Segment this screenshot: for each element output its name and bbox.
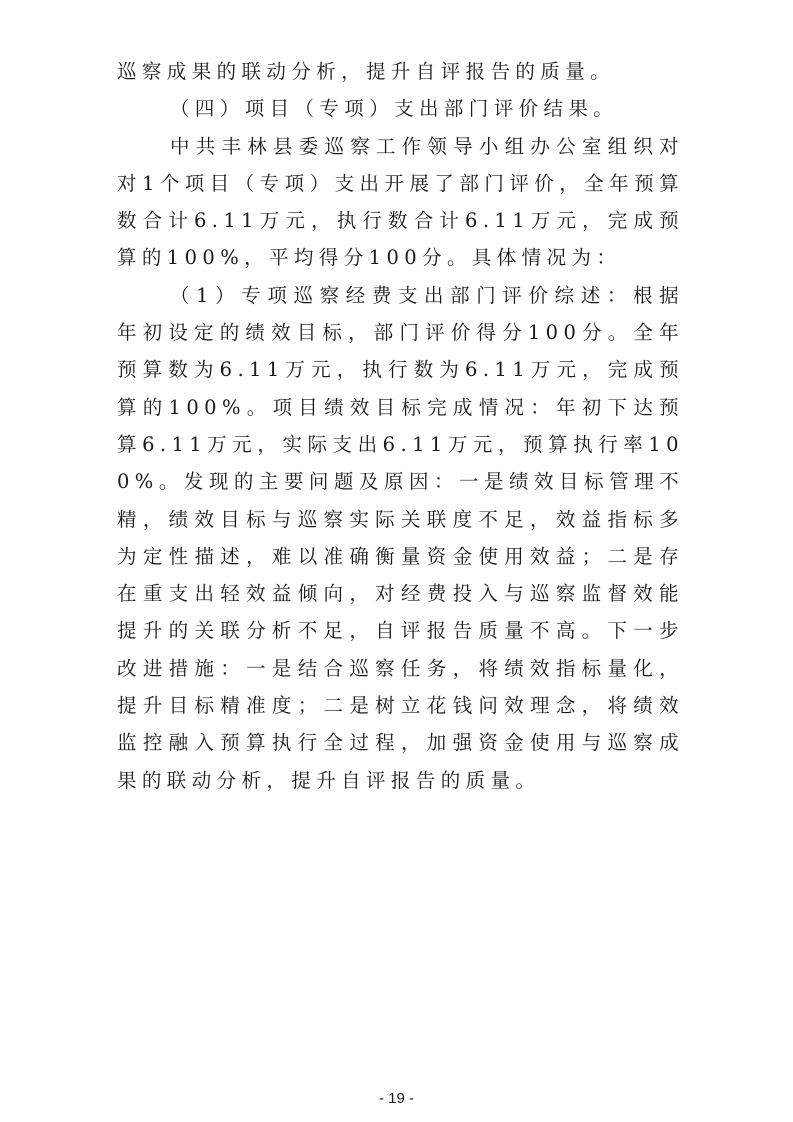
document-page: 巡察成果的联动分析，提升自评报告的质量。 （四）项目（专项）支出部门评价结果。 …: [0, 0, 793, 1122]
item-1-paragraph: （1）专项巡察经费支出部门评价综述：根据年初设定的绩效目标，部门评价得分100分…: [117, 277, 684, 799]
page-number: - 19 -: [0, 1090, 793, 1107]
page-body: 巡察成果的联动分析，提升自评报告的质量。 （四）项目（专项）支出部门评价结果。 …: [117, 53, 684, 799]
summary-paragraph: 中共丰林县委巡察工作领导小组办公室组织对对1个项目（专项）支出开展了部门评价，全…: [117, 128, 684, 277]
continuation-paragraph: 巡察成果的联动分析，提升自评报告的质量。: [117, 53, 684, 90]
section-heading: （四）项目（专项）支出部门评价结果。: [117, 90, 684, 127]
